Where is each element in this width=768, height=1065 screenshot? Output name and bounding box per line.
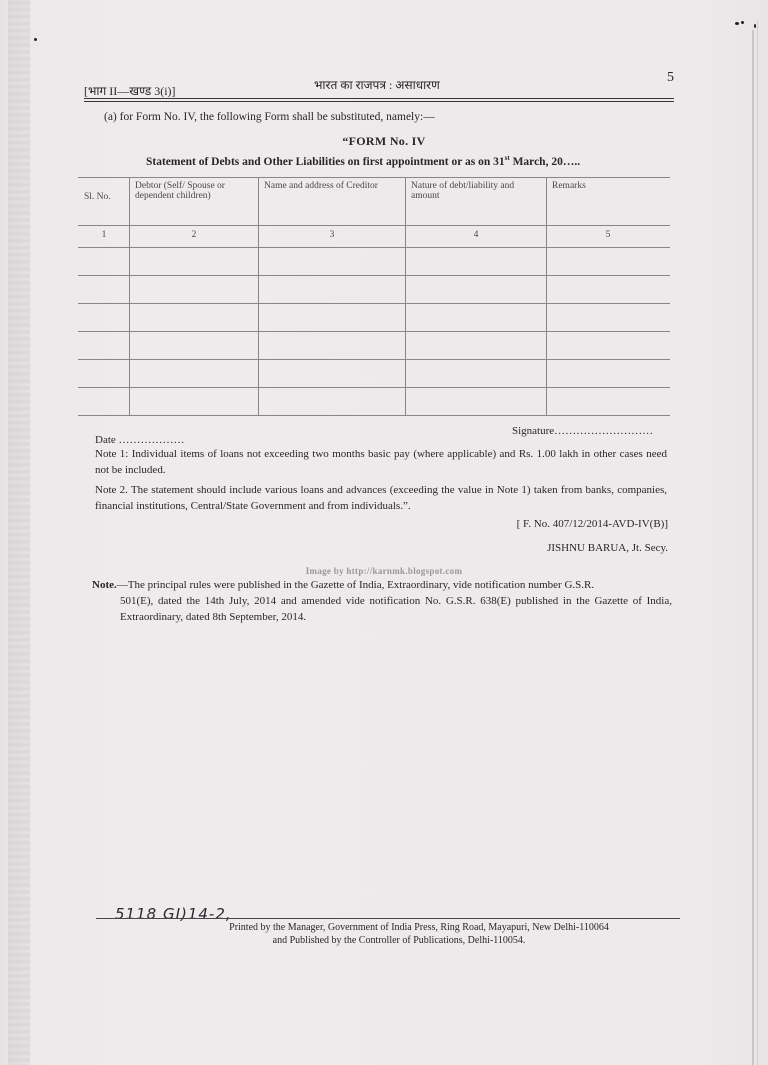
- scanned-page: [भाग II—खण्ड 3(i)] भारत का राजपत्र : असा…: [0, 0, 768, 1065]
- header-rule: [84, 101, 674, 102]
- table-row: [79, 332, 670, 360]
- table-cell: [547, 388, 670, 416]
- page-number: 5: [667, 70, 674, 86]
- printer-line-1: Printed by the Manager, Government of In…: [0, 921, 768, 934]
- col-number: 4: [406, 226, 547, 248]
- col-number: 1: [79, 226, 130, 248]
- table-cell: [130, 332, 259, 360]
- table-cell: [547, 304, 670, 332]
- printer-line-2: and Published by the Controller of Publi…: [0, 934, 768, 947]
- header-rule: [84, 98, 674, 99]
- table-cell: [259, 276, 406, 304]
- page-edge-line: [752, 30, 754, 1065]
- table-cell: [130, 360, 259, 388]
- table-cell: [259, 332, 406, 360]
- table-cell: [130, 276, 259, 304]
- table-cell: [79, 276, 130, 304]
- statement-suffix: March, 20…..: [510, 156, 580, 168]
- debts-liabilities-table: Sl. No. Debtor (Self/ Spouse or dependen…: [78, 177, 670, 416]
- table-cell: [130, 304, 259, 332]
- printer-imprint: Printed by the Manager, Government of In…: [0, 921, 768, 947]
- table-header-row: Sl. No. Debtor (Self/ Spouse or dependen…: [79, 178, 670, 226]
- table-cell: [406, 304, 547, 332]
- signatory: JISHNU BARUA, Jt. Secy.: [547, 542, 668, 554]
- form-title: “FORM No. IV: [0, 134, 768, 149]
- col-header-nature-amount: Nature of debt/liability and amount: [406, 178, 547, 226]
- table-cell: [79, 332, 130, 360]
- col-number: 5: [547, 226, 670, 248]
- table-cell: [130, 248, 259, 276]
- scan-speck: [735, 22, 739, 25]
- table-row: [79, 304, 670, 332]
- scan-edge-shadow: [8, 0, 30, 1065]
- note-1: Note 1: Individual items of loans not ex…: [95, 446, 667, 478]
- file-number: [ F. No. 407/12/2014-AVD-IV(B)]: [517, 518, 668, 530]
- table-row: [79, 388, 670, 416]
- gazette-header: [भाग II—खण्ड 3(i)] भारत का राजपत्र : असा…: [84, 70, 674, 98]
- statement-heading: Statement of Debts and Other Liabilities…: [146, 154, 580, 168]
- table-cell: [547, 332, 670, 360]
- footnote: Note.—The principal rules were published…: [92, 577, 672, 625]
- table-row: [79, 360, 670, 388]
- table-cell: [547, 276, 670, 304]
- col-number: 2: [130, 226, 259, 248]
- form-title-text: “FORM No. IV: [342, 134, 425, 148]
- table-cell: [259, 304, 406, 332]
- footnote-rest: 501(E), dated the 14th July, 2014 and am…: [92, 593, 672, 625]
- scan-speck: [34, 38, 37, 41]
- gazette-title: भारत का राजपत्र : असाधारण: [314, 76, 440, 93]
- column-number-row: 1 2 3 4 5: [79, 226, 670, 248]
- watermark: Image by http://karnmk.blogspot.com: [0, 566, 768, 576]
- table-cell: [79, 388, 130, 416]
- part-label: [भाग II—खण्ड 3(i)]: [84, 82, 176, 99]
- table-cell: [406, 248, 547, 276]
- signature-line: Signature………………………: [512, 425, 653, 437]
- footer-rule: [96, 918, 680, 919]
- table-cell: [130, 388, 259, 416]
- table-row: [79, 276, 670, 304]
- col-header-debtor: Debtor (Self/ Spouse or dependent childr…: [130, 178, 259, 226]
- table-cell: [547, 360, 670, 388]
- table-cell: [406, 332, 547, 360]
- scan-speck: [741, 21, 744, 24]
- page-edge-line: [757, 20, 758, 1065]
- statement-text: Statement of Debts and Other Liabilities…: [146, 156, 505, 168]
- table-cell: [406, 276, 547, 304]
- table-cell: [547, 248, 670, 276]
- col-header-creditor: Name and address of Creditor: [259, 178, 406, 226]
- col-header-remarks: Remarks: [547, 178, 670, 226]
- table-cell: [79, 360, 130, 388]
- table-row: [79, 248, 670, 276]
- table-cell: [406, 360, 547, 388]
- note-2: Note 2. The statement should include var…: [95, 482, 667, 514]
- table-cell: [406, 388, 547, 416]
- table-cell: [79, 248, 130, 276]
- date-line: Date ………………: [95, 434, 185, 446]
- footnote-label: Note.: [92, 579, 117, 591]
- intro-text: (a) for Form No. IV, the following Form …: [104, 111, 435, 123]
- table-cell: [79, 304, 130, 332]
- col-header-sl-no: Sl. No.: [79, 178, 130, 226]
- table-cell: [259, 360, 406, 388]
- table-cell: [259, 248, 406, 276]
- footnote-line1: —The principal rules were published in t…: [117, 579, 594, 591]
- table-cell: [259, 388, 406, 416]
- col-number: 3: [259, 226, 406, 248]
- scan-speck: [754, 24, 756, 28]
